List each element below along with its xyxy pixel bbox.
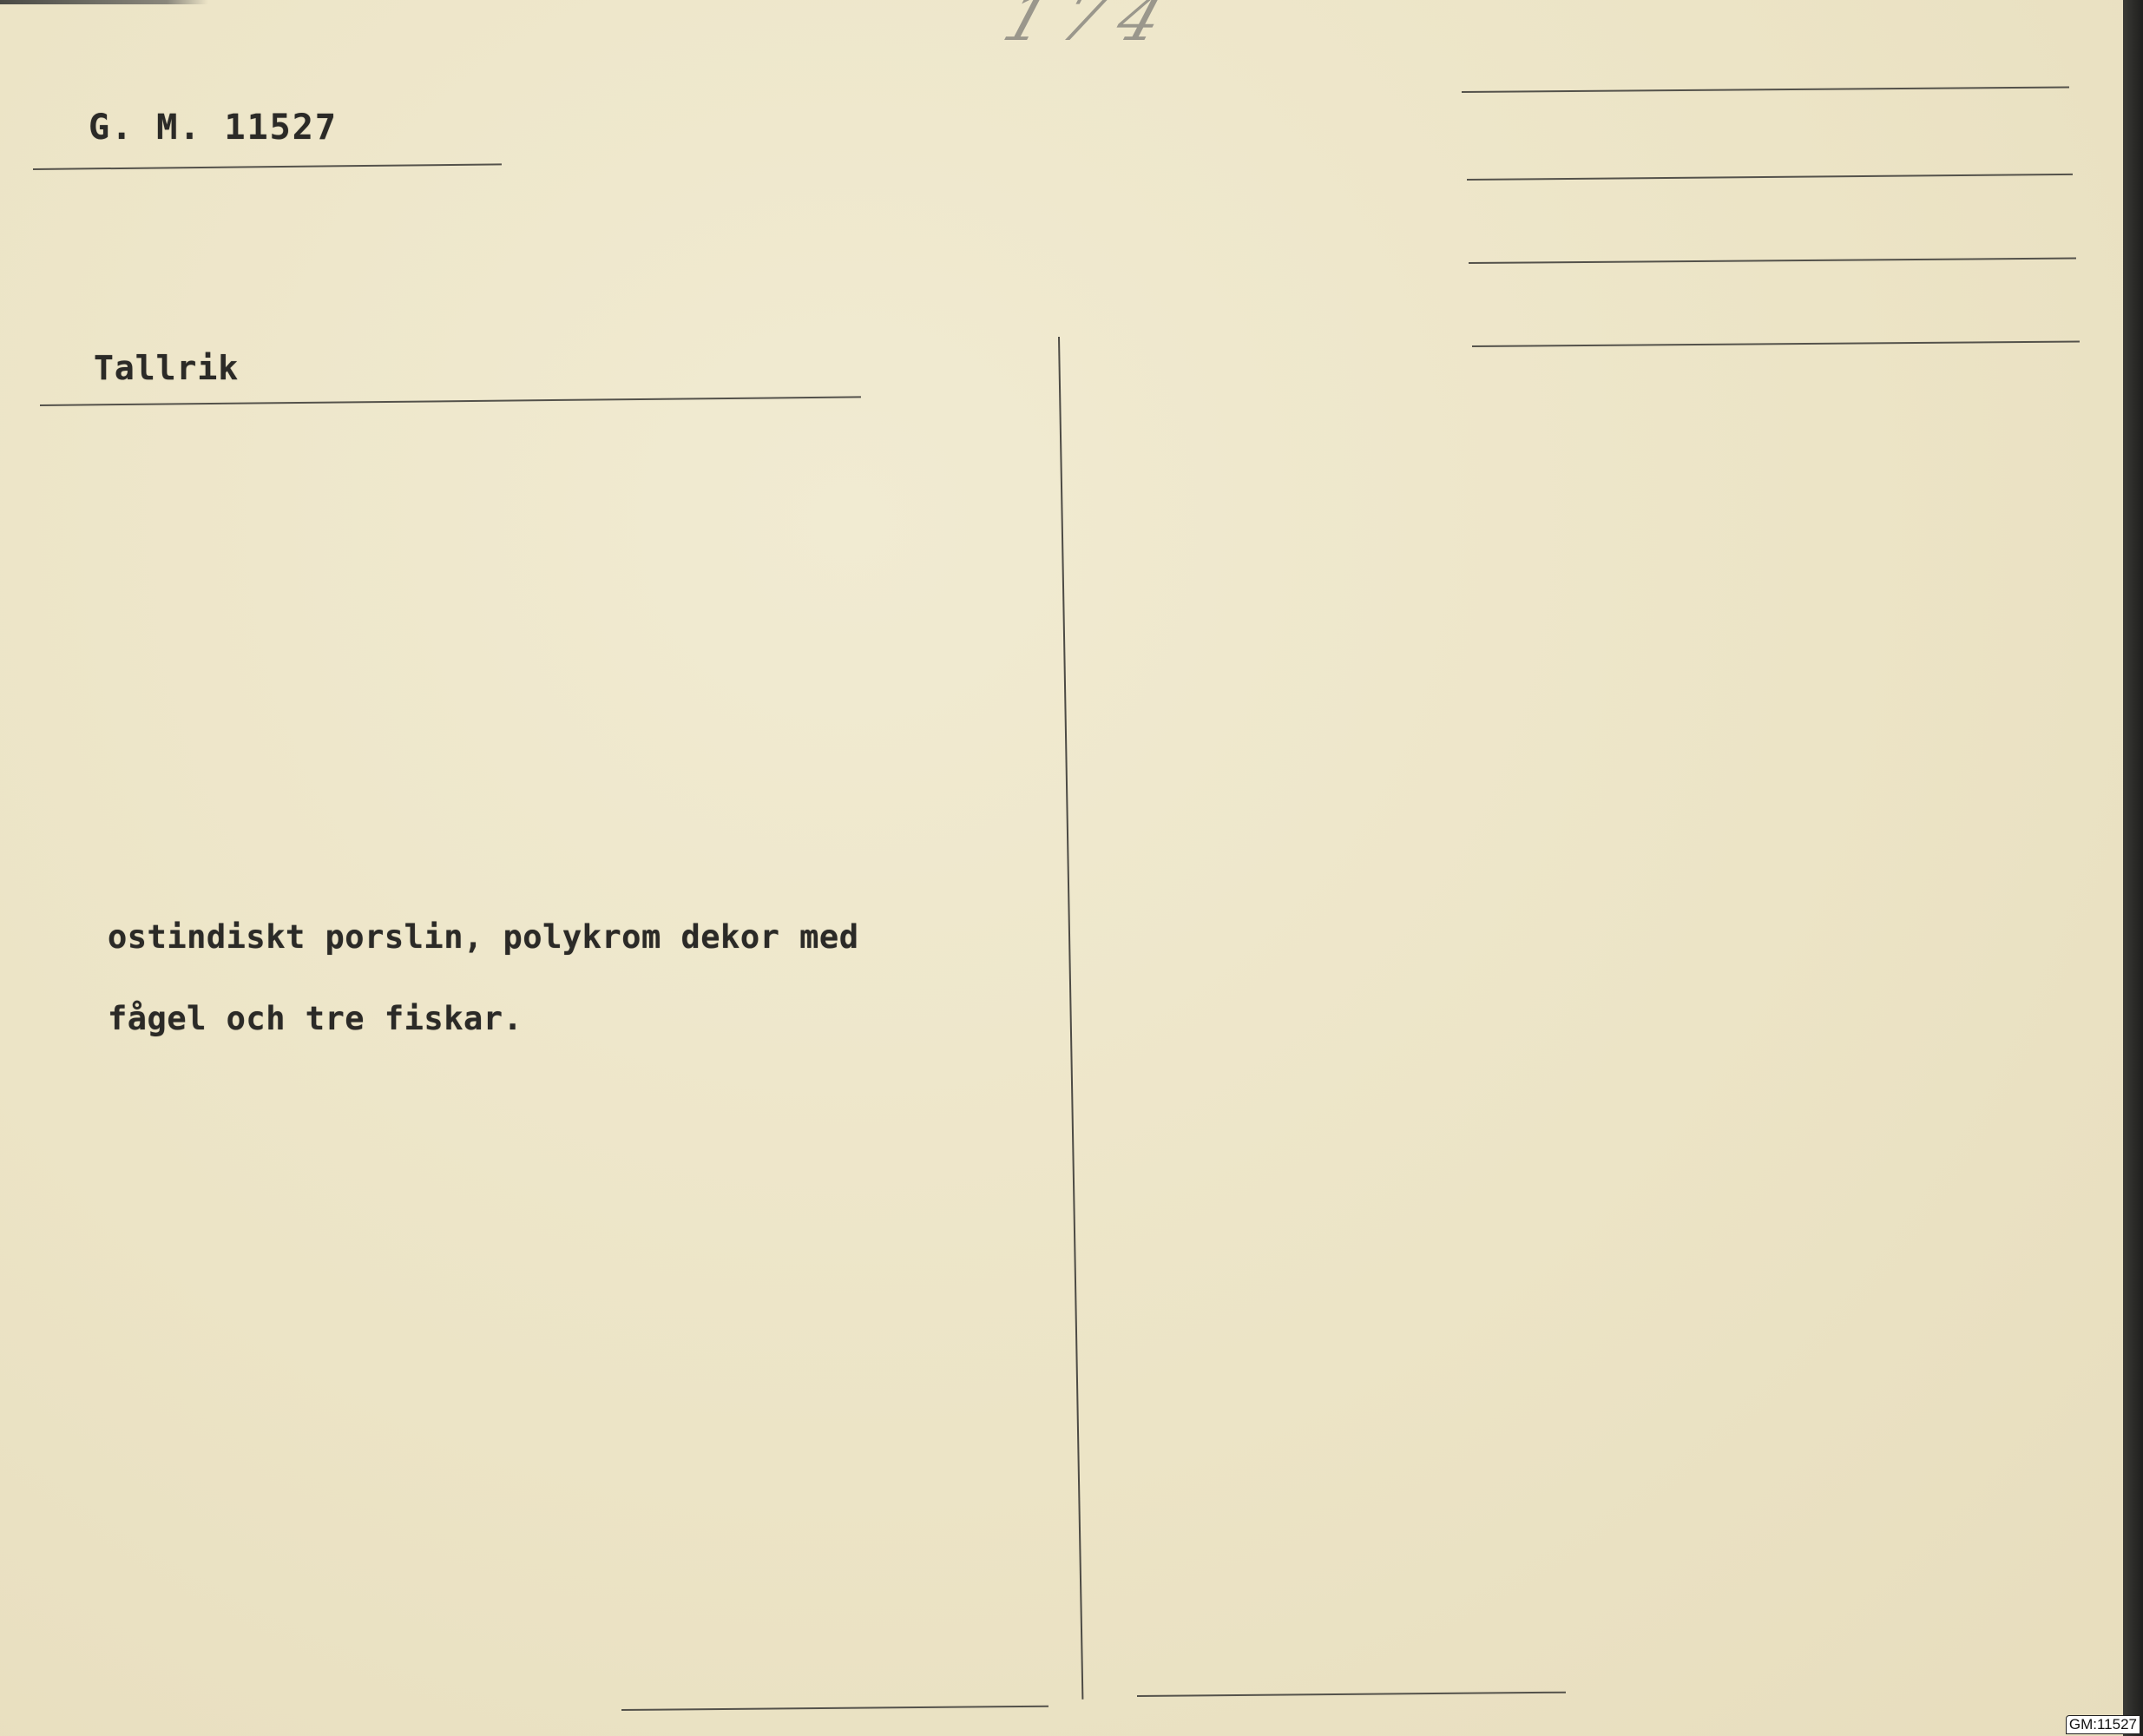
column-divider xyxy=(1058,337,1083,1700)
object-name: Tallrik xyxy=(94,349,239,387)
right-field-line-3 xyxy=(1469,258,2076,264)
bottom-right-line xyxy=(1137,1692,1566,1697)
right-field-line-1 xyxy=(1462,87,2069,93)
scan-edge-shadow xyxy=(0,0,208,4)
catalogue-card: 174 G. M. 11527 Tallrik ostindiskt porsl… xyxy=(0,0,2123,1736)
description-line-1: ostindiskt porslin, polykrom dekor med xyxy=(108,918,858,956)
object-name-underline xyxy=(40,396,861,406)
bottom-left-line xyxy=(621,1706,1048,1711)
inventory-number: G. M. 11527 xyxy=(89,108,338,148)
description-line-2: fågel och tre fiskar. xyxy=(108,1000,523,1037)
reference-label: GM:11527 xyxy=(2066,1715,2140,1734)
handwritten-page-number: 174 xyxy=(995,0,1188,56)
scan-edge-right xyxy=(2123,0,2143,1736)
right-field-line-4 xyxy=(1472,341,2080,347)
inventory-number-underline xyxy=(33,163,502,170)
right-field-line-2 xyxy=(1467,174,2073,181)
